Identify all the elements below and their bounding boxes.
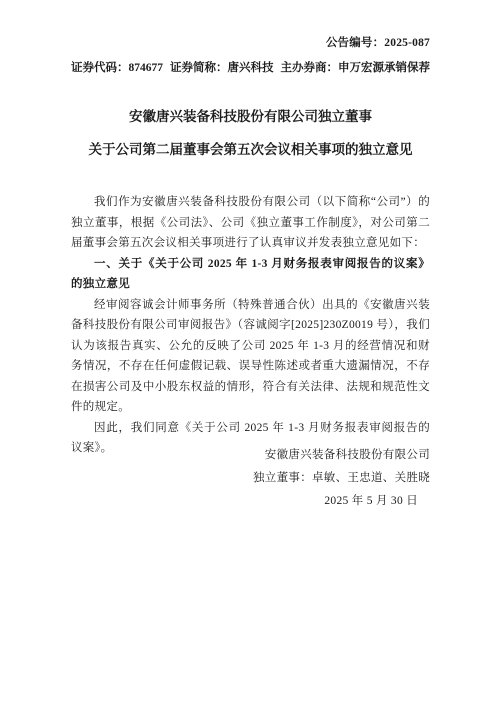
document-title-line2: 关于公司第二届董事会第五次会议相关事项的独立意见	[71, 141, 430, 158]
securities-info-row: 证券代码：874677 证券简称：唐兴科技 主办券商：申万宏源承销保荐	[71, 61, 430, 75]
securities-abbreviation: 证券简称：唐兴科技	[170, 61, 274, 75]
signature-company-name: 安徽唐兴装备科技股份有限公司	[71, 444, 430, 467]
paragraph-opinion: 经审阅容诚会计师事务所（特殊普通合伙）出具的《安徽唐兴装备科技股份有限公司审阅报…	[71, 295, 430, 418]
document-body: 我们作为安徽唐兴装备科技股份有限公司（以下简称“公司”）的独立董事，根据《公司法…	[71, 192, 430, 459]
signature-date: 2025 年 5 月 30 日	[71, 490, 430, 513]
paragraph-intro: 我们作为安徽唐兴装备科技股份有限公司（以下简称“公司”）的独立董事，根据《公司法…	[71, 192, 430, 254]
signature-block: 安徽唐兴装备科技股份有限公司 独立董事：卓敏、王忠道、关胜晓 2025 年 5 …	[71, 444, 430, 513]
document-page: 公告编号：2025-087 证券代码：874677 证券简称：唐兴科技 主办券商…	[0, 0, 500, 707]
announcement-number: 公告编号：2025-087	[71, 36, 430, 50]
signature-independent-directors: 独立董事：卓敏、王忠道、关胜晓	[71, 467, 430, 490]
document-title-line1: 安徽唐兴装备科技股份有限公司独立董事	[71, 108, 430, 125]
section-heading-1: 一、关于《关于公司 2025 年 1-3 月财务报表审阅报告的议案》的独立意见	[71, 254, 430, 295]
securities-code: 证券代码：874677	[71, 61, 163, 75]
lead-broker: 主办券商：申万宏源承销保荐	[281, 61, 431, 75]
